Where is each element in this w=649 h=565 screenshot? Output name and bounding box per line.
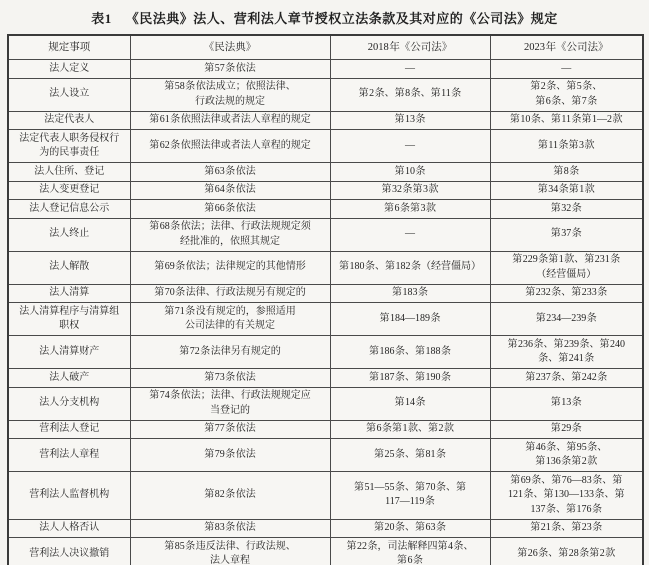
table-cell: 第 236 条、第 239 条、第 240 条、第 241 条 <box>490 336 643 369</box>
table-row: 法人解散第 69 条 依法；法律规定的其他情形第 180 条、第 182 条（经… <box>8 251 643 284</box>
table-cell: 第 66 条 依法 <box>130 200 330 219</box>
table-cell: 第 63 条 依法 <box>130 163 330 182</box>
table-title-label: 表1 <box>91 11 112 26</box>
column-header-item: 规定事项 <box>8 35 130 60</box>
table-cell: 第 51—55 条、第 70 条、第 117—119 条 <box>330 472 490 520</box>
table-cell: 法人设立 <box>8 78 130 111</box>
table-cell: 第 74 条 依法；法律、行政法规规定应 当登记的 <box>130 387 330 420</box>
table-cell: 法人清算 <box>8 284 130 303</box>
table-cell: 第 11 条第 3 款 <box>490 130 643 163</box>
table-row: 法定代表人职务侵权行 为的民事责任第 62 条 依照法律或者法人章程的规定—第 … <box>8 130 643 163</box>
table-cell: 第 186 条、第 188 条 <box>330 336 490 369</box>
table-cell: 第 14 条 <box>330 387 490 420</box>
table-cell: 第 73 条 依法 <box>130 369 330 388</box>
table-cell: 第 26 条、第 28 条第 2 款 <box>490 538 643 565</box>
table-cell: — <box>490 60 643 79</box>
table-cell: 法人解散 <box>8 251 130 284</box>
table-cell: 第 82 条 依法 <box>130 472 330 520</box>
table-cell: 第 13 条 <box>490 387 643 420</box>
table-row: 法人清算第 70 条 法律、行政法规另有规定的第 183 条第 232 条、第 … <box>8 284 643 303</box>
table-cell: 法人登记信息公示 <box>8 200 130 219</box>
table-cell: 第 20 条、第 63 条 <box>330 519 490 538</box>
table-row: 法人清算财产第 72 条 法律另有规定的第 186 条、第 188 条第 236… <box>8 336 643 369</box>
table-cell: 法人清算财产 <box>8 336 130 369</box>
table-cell: 第 232 条、第 233 条 <box>490 284 643 303</box>
table-cell: 法定代表人 <box>8 111 130 130</box>
table-cell: 第 25 条、第 81 条 <box>330 439 490 472</box>
table-cell: 第 85 条 违反法律、行政法规、 法人章程 <box>130 538 330 565</box>
table-cell: 法人人格否认 <box>8 519 130 538</box>
document-page: 表1《民法典》法人、营利法人章节授权立法条款及其对应的《公司法》规定 规定事项 … <box>0 0 649 565</box>
table-cell: 第 64 条 依法 <box>130 181 330 200</box>
table-cell: 第 32 条 <box>490 200 643 219</box>
table-cell: 法人住所、登记 <box>8 163 130 182</box>
table-cell: 法人破产 <box>8 369 130 388</box>
table-cell: 第 61 条 依照法律或者法人章程的规定 <box>130 111 330 130</box>
table-row: 法人设立第 58 条 依法成立；依照法律、 行政法规的规定第 2 条、第 8 条… <box>8 78 643 111</box>
table-cell: 法人清算程序与清算组 职权 <box>8 303 130 336</box>
table-cell: 营利法人章程 <box>8 439 130 472</box>
table-cell: 法定代表人职务侵权行 为的民事责任 <box>8 130 130 163</box>
law-comparison-table: 规定事项 《民法典》 2018 年《公司法》 2023 年《公司法》 法人定义第… <box>7 34 644 565</box>
column-header-company-law-2018: 2018 年《公司法》 <box>330 35 490 60</box>
table-cell: 第 2 条、第 5 条、 第 6 条、第 7 条 <box>490 78 643 111</box>
table-cell: 第 2 条、第 8 条、第 11 条 <box>330 78 490 111</box>
table-cell: 第 184—189 条 <box>330 303 490 336</box>
table-cell: 第 70 条 法律、行政法规另有规定的 <box>130 284 330 303</box>
table-cell: 第 229 条第 1 款、第 231 条 （经营僵局） <box>490 251 643 284</box>
table-cell: 第 57 条 依法 <box>130 60 330 79</box>
table-cell: 第 10 条 <box>330 163 490 182</box>
table-cell: 营利法人决议撤销 <box>8 538 130 565</box>
column-header-company-law-2023: 2023 年《公司法》 <box>490 35 643 60</box>
table-cell: 第 8 条 <box>490 163 643 182</box>
table-cell: 法人终止 <box>8 218 130 251</box>
table-row: 法定代表人第 61 条 依照法律或者法人章程的规定第 13 条第 10 条、第 … <box>8 111 643 130</box>
table-row: 法人登记信息公示第 66 条 依法第 6 条第 3 款第 32 条 <box>8 200 643 219</box>
table-cell: 第 37 条 <box>490 218 643 251</box>
table-cell: 第 10 条、第 11 条第 1—2 款 <box>490 111 643 130</box>
table-cell: 第 58 条 依法成立；依照法律、 行政法规的规定 <box>130 78 330 111</box>
table-cell: 第 21 条、第 23 条 <box>490 519 643 538</box>
table-cell: 法人分支机构 <box>8 387 130 420</box>
table-body: 法人定义第 57 条 依法——法人设立第 58 条 依法成立；依照法律、 行政法… <box>8 60 643 565</box>
table-row: 法人人格否认第 83 条 依法第 20 条、第 63 条第 21 条、第 23 … <box>8 519 643 538</box>
table-cell: 第 69 条 依法；法律规定的其他情形 <box>130 251 330 284</box>
table-cell: 第 6 条第 1 款、第 2 款 <box>330 420 490 439</box>
table-cell: 第 29 条 <box>490 420 643 439</box>
table-cell: 第 72 条 法律另有规定的 <box>130 336 330 369</box>
table-cell: 第 62 条 依照法律或者法人章程的规定 <box>130 130 330 163</box>
table-row: 营利法人章程第 79 条 依法第 25 条、第 81 条第 46 条、第 95 … <box>8 439 643 472</box>
table-cell: 第 183 条 <box>330 284 490 303</box>
table-title-text: 《民法典》法人、营利法人章节授权立法条款及其对应的《公司法》规定 <box>126 11 558 26</box>
table-cell: 第 13 条 <box>330 111 490 130</box>
table-row: 法人住所、登记第 63 条 依法第 10 条第 8 条 <box>8 163 643 182</box>
table-row: 法人破产第 73 条 依法第 187 条、第 190 条第 237 条、第 24… <box>8 369 643 388</box>
table-cell: 第 68 条 依法；法律、行政法规规定须 经批准的，依照其规定 <box>130 218 330 251</box>
table-row: 营利法人监督机构第 82 条 依法第 51—55 条、第 70 条、第 117—… <box>8 472 643 520</box>
table-cell: 第 234—239 条 <box>490 303 643 336</box>
table-row: 法人定义第 57 条 依法—— <box>8 60 643 79</box>
table-cell: 法人变更登记 <box>8 181 130 200</box>
table-row: 法人变更登记第 64 条 依法第 32 条第 3 款第 34 条第 1 款 <box>8 181 643 200</box>
table-cell: 营利法人登记 <box>8 420 130 439</box>
table-cell: — <box>330 130 490 163</box>
table-row: 营利法人登记第 77 条 依法第 6 条第 1 款、第 2 款第 29 条 <box>8 420 643 439</box>
table-cell: 营利法人监督机构 <box>8 472 130 520</box>
table-cell: 第 187 条、第 190 条 <box>330 369 490 388</box>
table-row: 营利法人决议撤销第 85 条 违反法律、行政法规、 法人章程第 22 条，司法解… <box>8 538 643 565</box>
table-cell: 第 69 条、第 76—83 条、第 121 条、第 130—133 条、第 1… <box>490 472 643 520</box>
table-row: 法人清算程序与清算组 职权第 71 条 没有规定的，参照适用 公司法律的有关规定… <box>8 303 643 336</box>
table-cell: 第 237 条、第 242 条 <box>490 369 643 388</box>
table-cell: — <box>330 60 490 79</box>
table-cell: 第 6 条第 3 款 <box>330 200 490 219</box>
table-cell: 第 34 条第 1 款 <box>490 181 643 200</box>
table-cell: 第 77 条 依法 <box>130 420 330 439</box>
table-cell: 第 180 条、第 182 条（经营僵局） <box>330 251 490 284</box>
table-cell: — <box>330 218 490 251</box>
table-cell: 第 32 条第 3 款 <box>330 181 490 200</box>
table-cell: 第 79 条 依法 <box>130 439 330 472</box>
table-header-row: 规定事项 《民法典》 2018 年《公司法》 2023 年《公司法》 <box>8 35 643 60</box>
table-row: 法人分支机构第 74 条 依法；法律、行政法规规定应 当登记的第 14 条第 1… <box>8 387 643 420</box>
table-cell: 法人定义 <box>8 60 130 79</box>
table-title: 表1《民法典》法人、营利法人章节授权立法条款及其对应的《公司法》规定 <box>7 8 642 27</box>
table-cell: 第 46 条、第 95 条、 第 136 条第 2 款 <box>490 439 643 472</box>
table-cell: 第 22 条，司法解释四第 4 条、 第 6 条 <box>330 538 490 565</box>
table-cell: 第 83 条 依法 <box>130 519 330 538</box>
column-header-civil-code: 《民法典》 <box>130 35 330 60</box>
table-cell: 第 71 条 没有规定的，参照适用 公司法律的有关规定 <box>130 303 330 336</box>
table-row: 法人终止第 68 条 依法；法律、行政法规规定须 经批准的，依照其规定—第 37… <box>8 218 643 251</box>
